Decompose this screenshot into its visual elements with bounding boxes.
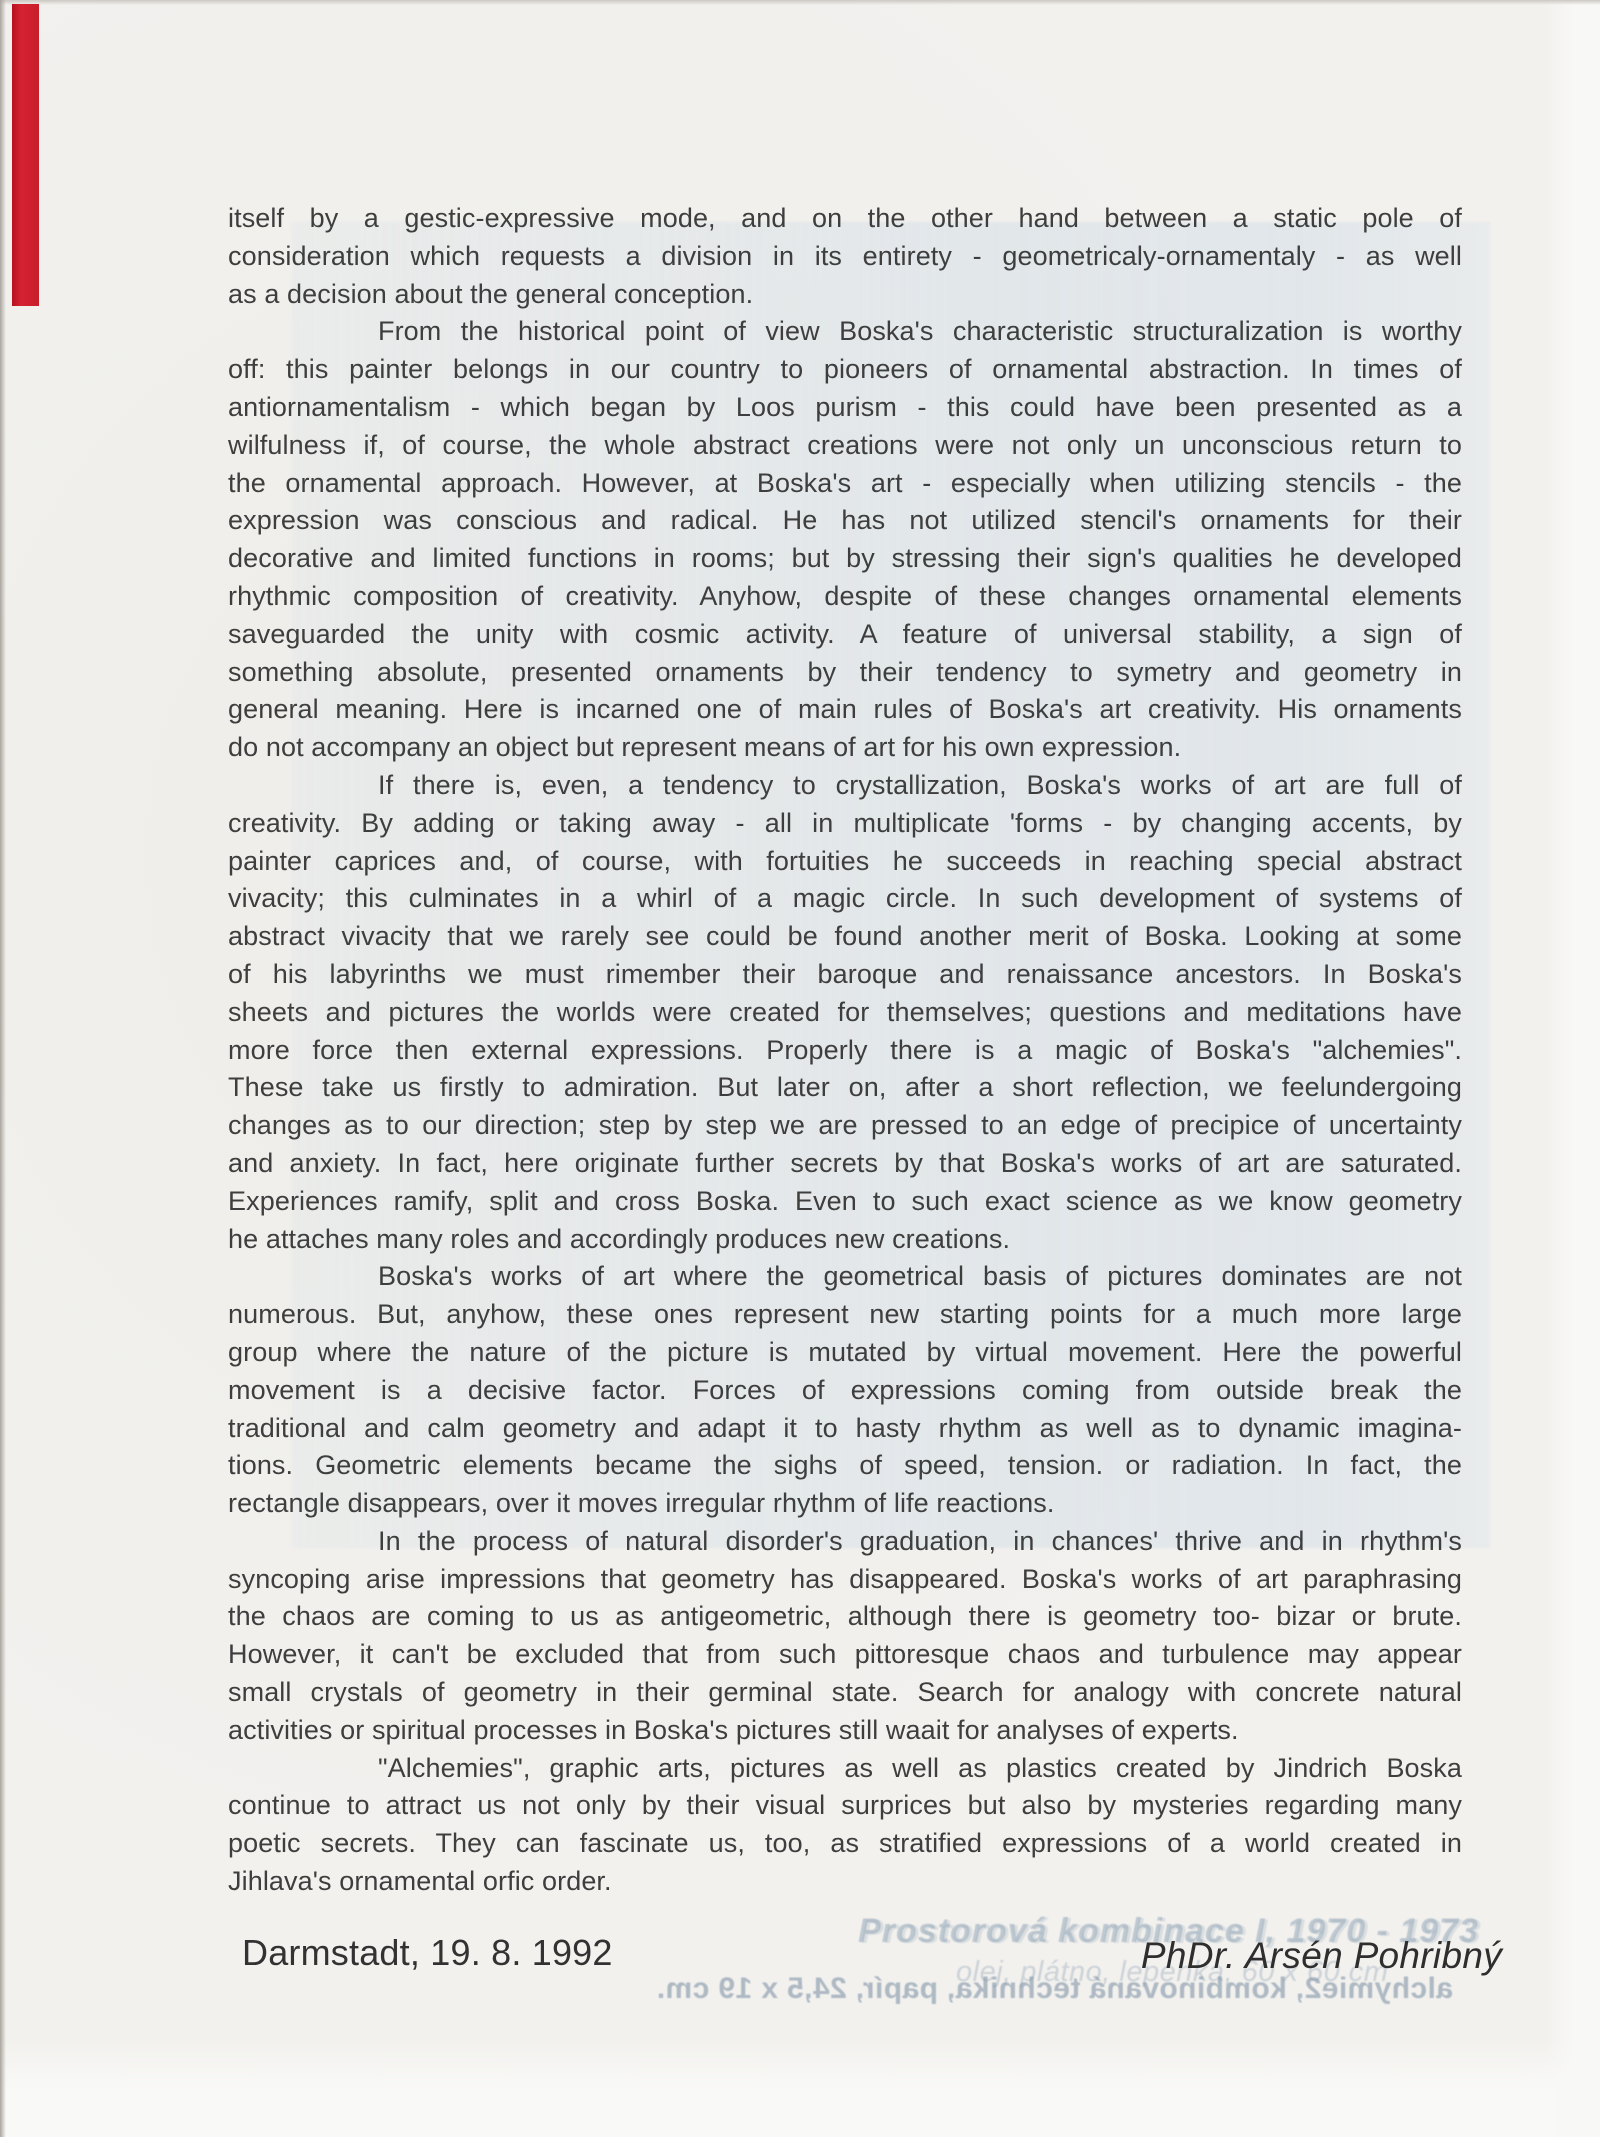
text-line: itself by a gestic-expressive mode, and … [228, 200, 1462, 238]
text-line: In the process of natural disorder's gra… [228, 1523, 1462, 1561]
text-line: continue to attract us not only by their… [228, 1787, 1462, 1825]
text-line: vivacity; this culminates in a whirl of … [228, 880, 1462, 918]
paragraph: From the historical point of view Boska'… [228, 313, 1462, 767]
text-line: and anxiety. In fact, here originate fur… [228, 1145, 1462, 1183]
text-line: Experiences ramify, split and cross Bosk… [228, 1183, 1462, 1221]
place-date: Darmstadt, 19. 8. 1992 [242, 1932, 613, 1974]
text-line: painter caprices and, of course, with fo… [228, 843, 1462, 881]
text-line: general meaning. Here is incarned one of… [228, 691, 1462, 729]
text-line: "Alchemies", graphic arts, pictures as w… [228, 1750, 1462, 1788]
ghost-caption-mirrored: alchymie2, kombinovaná technika, papír, … [683, 1972, 1453, 2006]
text-line: more force then external expressions. Pr… [228, 1032, 1462, 1070]
text-line: the ornamental approach. However, at Bos… [228, 465, 1462, 503]
text-line: syncoping arise impressions that geometr… [228, 1561, 1462, 1599]
text-line: rhythmic composition of creativity. Anyh… [228, 578, 1462, 616]
text-line: traditional and calm geometry and adapt … [228, 1410, 1462, 1448]
text-line: numerous. But, anyhow, these ones repres… [228, 1296, 1462, 1334]
text-line: sheets and pictures the worlds were crea… [228, 994, 1462, 1032]
text-line: creativity. By adding or taking away - a… [228, 805, 1462, 843]
text-line: movement is a decisive factor. Forces of… [228, 1372, 1462, 1410]
paragraph: itself by a gestic-expressive mode, and … [228, 200, 1462, 313]
text-line: something absolute, presented ornaments … [228, 654, 1462, 692]
paragraph: "Alchemies", graphic arts, pictures as w… [228, 1750, 1462, 1901]
text-line: From the historical point of view Boska'… [228, 313, 1462, 351]
text-line: he attaches many roles and accordingly p… [228, 1221, 1462, 1259]
text-line: the chaos are coming to us as antigeomet… [228, 1598, 1462, 1636]
text-line: rectangle disappears, over it moves irre… [228, 1485, 1462, 1523]
text-line: antiornamentalism - which began by Loos … [228, 389, 1462, 427]
text-line: tions. Geometric elements became the sig… [228, 1447, 1462, 1485]
footer: Darmstadt, 19. 8. 1992 PhDr. Arsén Pohri… [242, 1932, 1502, 1977]
text-line: small crystals of geometry in their germ… [228, 1674, 1462, 1712]
author-signature: PhDr. Arsén Pohribný [1141, 1935, 1502, 1977]
text-line: If there is, even, a tendency to crystal… [228, 767, 1462, 805]
text-line: of his labyrinths we must rimember their… [228, 956, 1462, 994]
text-line: expression was conscious and radical. He… [228, 502, 1462, 540]
text-line: wilfulness if, of course, the whole abst… [228, 427, 1462, 465]
body-text: itself by a gestic-expressive mode, and … [228, 200, 1462, 1901]
text-line: as a decision about the general concepti… [228, 276, 1462, 314]
red-edge-marker [12, 4, 39, 306]
text-line: changes as to our direction; step by ste… [228, 1107, 1462, 1145]
text-line: abstract vivacity that we rarely see cou… [228, 918, 1462, 956]
text-line: activities or spiritual processes in Bos… [228, 1712, 1462, 1750]
text-line: These take us firstly to admiration. But… [228, 1069, 1462, 1107]
text-line: do not accompany an object but represent… [228, 729, 1462, 767]
text-line: saveguarded the unity with cosmic activi… [228, 616, 1462, 654]
text-line: However, it can't be excluded that from … [228, 1636, 1462, 1674]
text-line: Jihlava's ornamental orfic order. [228, 1863, 1462, 1901]
text-line: poetic secrets. They can fascinate us, t… [228, 1825, 1462, 1863]
text-line: off: this painter belongs in our country… [228, 351, 1462, 389]
text-line: decorative and limited functions in room… [228, 540, 1462, 578]
paragraph: If there is, even, a tendency to crystal… [228, 767, 1462, 1258]
paragraph: Boska's works of art where the geometric… [228, 1258, 1462, 1523]
text-line: group where the nature of the picture is… [228, 1334, 1462, 1372]
scanned-document-page: { "page": { "paper_color": "#f2f1ee", "t… [0, 0, 1600, 2137]
text-line: Boska's works of art where the geometric… [228, 1258, 1462, 1296]
text-line: consideration which requests a division … [228, 238, 1462, 276]
paragraph: In the process of natural disorder's gra… [228, 1523, 1462, 1750]
